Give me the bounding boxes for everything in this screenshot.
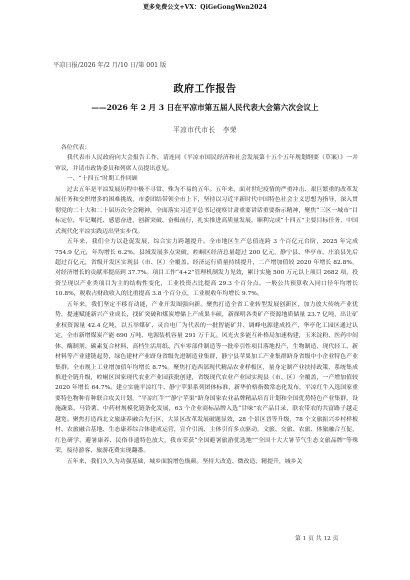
page-number: 第 1 页 共 12 页 bbox=[295, 533, 338, 542]
paragraph-urban-rural: 五年来，我们久久为功强基础，城乡面貌增色焕颜。坚持大改造、微改造、精提升，城乡关 bbox=[55, 457, 358, 467]
promo-banner: 更多免费公文+VX：QiGeGongWen2024 bbox=[0, 2, 410, 11]
document-subtitle: ——2026 年 2 月 3 日在平凉市第五届人民代表大会第六次会议上 bbox=[0, 102, 410, 113]
document-body: 各位代表： 我代表市人民政府向大会报告工作，请连同《平凉市国民经济和社会发展第十… bbox=[55, 143, 358, 467]
source-line: 平凉日报/2026 年/2 月/10 日/第 001 版 bbox=[53, 60, 166, 69]
salutation: 各位代表： bbox=[55, 143, 358, 153]
paragraph-intro: 我代表市人民政府向大会报告工作，请连同《平凉市国民经济和社会发展第十五个五年规划… bbox=[55, 153, 358, 174]
document-title: 政府工作报告 bbox=[0, 80, 410, 95]
paragraph-industry: 五年来，我们坚定不移育动能，产业开发图强向新。聚焦打造全省工业转型发展创新区，加… bbox=[55, 300, 358, 457]
paragraph-overview: 过去五年是平凉发展历程中极不寻常、殊为不易的五年。五年来，面对世纪疫情的严重冲击… bbox=[55, 185, 358, 237]
paragraph-economy: 五年来，我们全力以赴促发展，综合实力跨越提升。全市地区生产总值连跨 3 个百亿元… bbox=[55, 237, 358, 300]
document-author: 平凉市代市长 李荣 bbox=[0, 124, 410, 134]
section-heading: 一、“十四五”时期工作回顾 bbox=[55, 174, 358, 184]
